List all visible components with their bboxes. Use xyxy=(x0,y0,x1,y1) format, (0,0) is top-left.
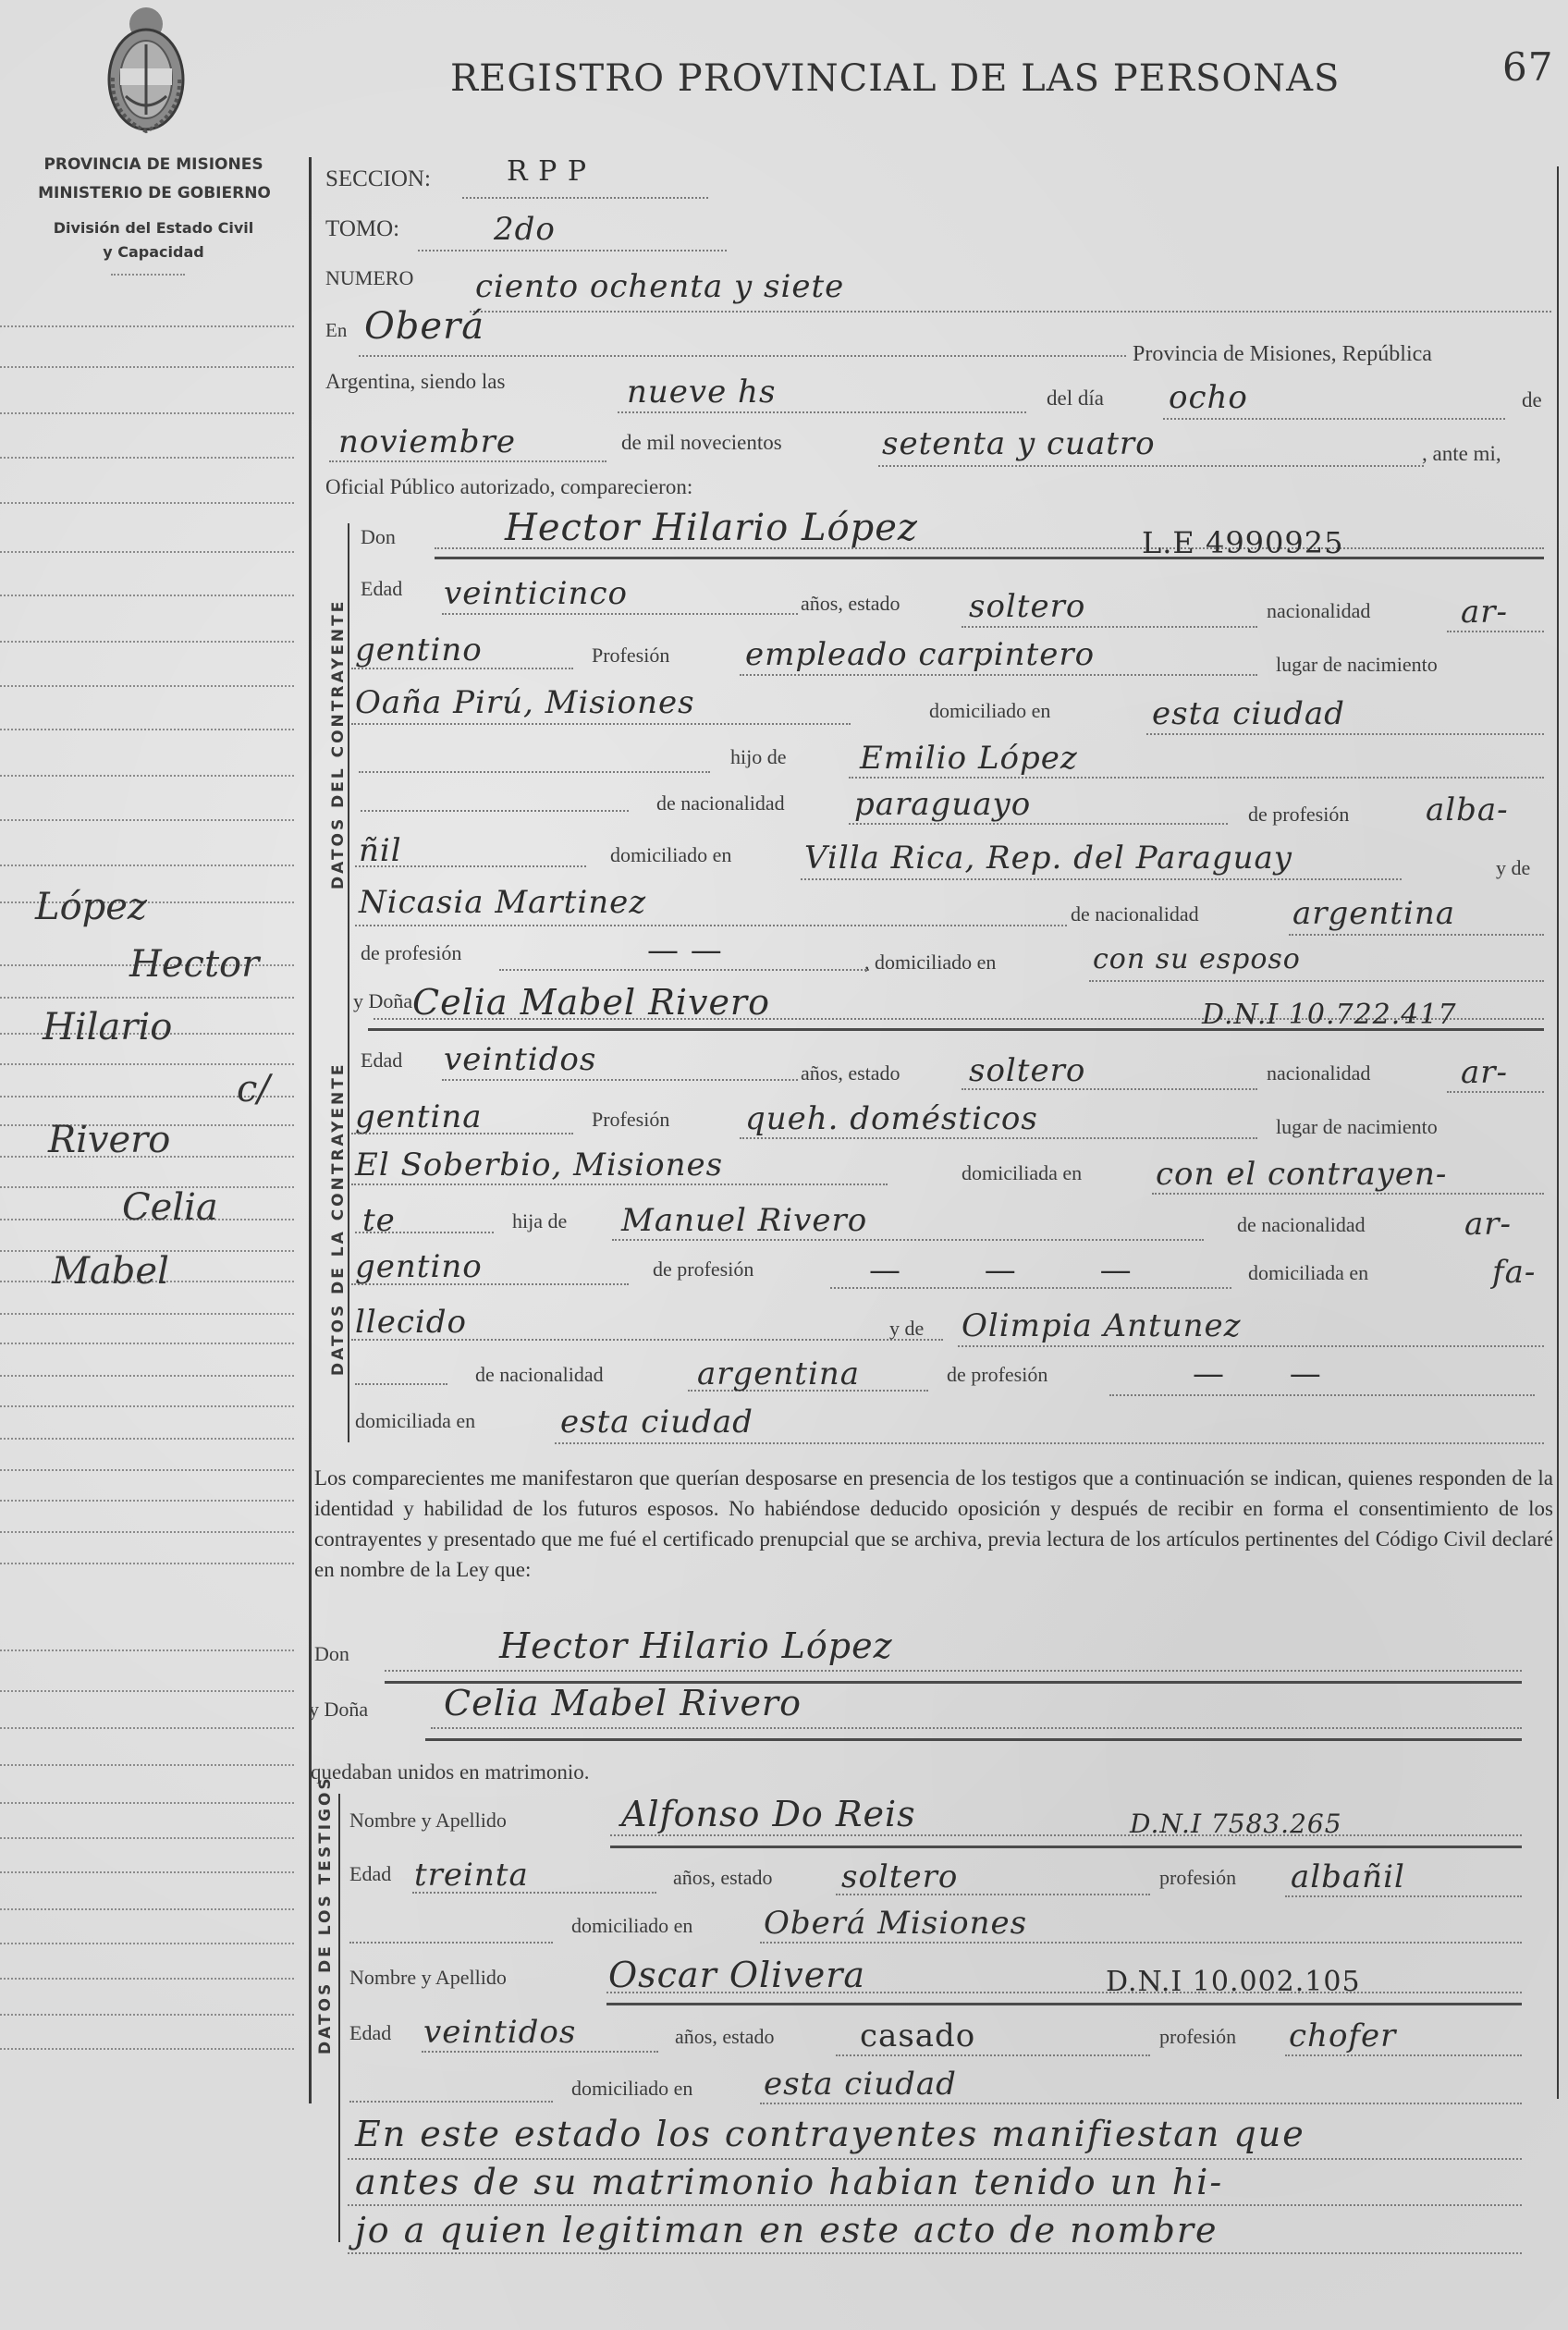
numero-line xyxy=(470,311,1551,313)
madre-line-2 xyxy=(958,1345,1544,1347)
contrayente-domicilio: esta ciudad xyxy=(1152,695,1345,732)
testigos-bracket xyxy=(338,1794,340,2242)
contrayenta-padre-nac-b: gentino xyxy=(355,1248,483,1285)
decl-don-value: Hector Hilario López xyxy=(499,1625,893,1666)
testigo1-dom-pre-line xyxy=(349,1942,553,1944)
margin-rule xyxy=(0,2014,294,2016)
margin-rule xyxy=(0,551,294,553)
padre-nac-line xyxy=(849,823,1228,825)
testigo1-nombre: Alfonso Do Reis xyxy=(621,1794,916,1834)
padre-dom-line xyxy=(801,878,1402,880)
profesion-label: Profesión xyxy=(592,644,669,668)
decl-dona-rule xyxy=(425,1738,1522,1741)
testigo2-nombre-label: Nombre y Apellido xyxy=(349,1966,507,1990)
profesion-label-2: Profesión xyxy=(592,1108,669,1132)
nacionalidad-b-line-2 xyxy=(351,1133,573,1134)
issuer-divider xyxy=(111,274,185,276)
numero-value: ciento ochenta y siete xyxy=(475,268,844,305)
testigo1-nombre-line xyxy=(610,1834,1522,1836)
contrayente-documento: L.E 4990925 xyxy=(1142,525,1343,560)
contrayente-nombre: Hector Hilario López xyxy=(505,507,918,549)
margin-rule xyxy=(0,641,294,643)
testigo2-profesion-label: profesión xyxy=(1159,2025,1236,2049)
contrayente-lugar: Oaña Pirú, Misiones xyxy=(355,684,695,721)
en-label: En xyxy=(325,319,347,342)
margin-name: Mabel xyxy=(52,1250,169,1293)
testigo2-dom-line xyxy=(760,2103,1522,2104)
edad-label: Edad xyxy=(361,577,402,601)
annotation-line xyxy=(348,2158,1522,2160)
annotation-line-2: antes de su matrimonio habian tenido un … xyxy=(355,2162,1223,2202)
margin-name: Hilario xyxy=(43,1006,172,1048)
don-rule xyxy=(435,557,1544,559)
testigo2-documento: D.N.I 10.002.105 xyxy=(1106,1966,1361,1998)
padre-prof-b-line xyxy=(355,865,586,867)
margin-rule xyxy=(0,2048,294,2050)
contrayenta-padre-nac-a: ar- xyxy=(1464,1206,1512,1243)
madre-prof-line xyxy=(499,969,869,971)
madre-prof-label-2: de profesión xyxy=(947,1363,1047,1387)
domicilio-line xyxy=(1146,733,1544,735)
margin-rule xyxy=(0,1978,294,1980)
anio-line xyxy=(878,465,1424,467)
hija-de-label: hija de xyxy=(512,1209,567,1233)
testigo1-dom-label: domiciliado en xyxy=(571,1914,692,1938)
de-label: de xyxy=(1522,388,1542,412)
margin-name: López xyxy=(35,886,147,928)
testigo2-estado-line xyxy=(836,2054,1150,2056)
testigo2-edad-line xyxy=(422,2051,658,2053)
margin-rule xyxy=(0,412,294,414)
contrayenta-profesion: queh. domésticos xyxy=(745,1100,1038,1137)
contrayente-padre: Emilio López xyxy=(860,740,1078,777)
contrayenta-domicilio-a: con el contrayen- xyxy=(1156,1156,1447,1193)
contrayenta-padre: Manuel Rivero xyxy=(621,1202,867,1239)
en-line xyxy=(359,355,1126,357)
madre-dom-label-2: domiciliada en xyxy=(355,1409,475,1433)
contrayenta-madre-nac: argentina xyxy=(697,1355,860,1392)
contrayenta-bracket xyxy=(348,987,349,1442)
testigo1-dom-line xyxy=(760,1942,1522,1944)
contrayenta-madre-dom: esta ciudad xyxy=(560,1404,753,1441)
declaration-paragraph: Los comparecientes me manifestaron que q… xyxy=(314,1463,1553,1585)
hijo-de-label: hijo de xyxy=(730,745,787,769)
anio-value: setenta y cuatro xyxy=(882,425,1156,462)
contrayenta-nacionalidad-a: ar- xyxy=(1461,1054,1508,1091)
tomo-label: TOMO: xyxy=(325,216,399,242)
testigo1-edad-label: Edad xyxy=(349,1862,391,1886)
edad-line-2 xyxy=(442,1079,798,1081)
contrayenta-documento: D.N.I 10.722.417 xyxy=(1202,999,1457,1031)
padre-dom-b-line xyxy=(351,1339,943,1341)
hora-value: nueve hs xyxy=(627,374,776,411)
margin-rule xyxy=(0,1871,294,1873)
contrayente-estado: soltero xyxy=(969,588,1085,625)
estado-line xyxy=(962,626,1257,628)
mes-value: noviembre xyxy=(338,423,516,460)
seccion-line xyxy=(462,197,708,199)
contrayenta-domicilio-b: te xyxy=(362,1202,396,1239)
testigo2-edad: veintidos xyxy=(423,2014,576,2051)
padre-dom-label: domiciliado en xyxy=(610,843,731,867)
margin-rule xyxy=(0,1500,294,1502)
y-de-label: y de xyxy=(1496,856,1530,880)
testigo2-estado-label: años, estado xyxy=(675,2025,775,2049)
lugar-label-2: lugar de nacimiento xyxy=(1276,1115,1438,1139)
margin-rule xyxy=(0,1563,294,1564)
oficial-text: Oficial Público autorizado, compareciero… xyxy=(325,475,692,499)
margin-rule xyxy=(0,595,294,596)
margin-rule xyxy=(0,1375,294,1377)
margin-rule xyxy=(0,1438,294,1440)
contrayente-madre-prof: — — xyxy=(647,932,723,969)
testigo2-profesion-line xyxy=(1285,2054,1522,2056)
testigo2-dom-label: domiciliado en xyxy=(571,2077,692,2101)
madre-nac-pre-line xyxy=(355,1383,447,1385)
margin-rule xyxy=(0,865,294,866)
testigo2-edad-label: Edad xyxy=(349,2021,391,2045)
margin-rule xyxy=(0,1837,294,1839)
testigo1-domicilio: Oberá Misiones xyxy=(764,1905,1027,1942)
testigo1-profesion-line xyxy=(1285,1895,1522,1897)
contrayente-madre: Nicasia Martinez xyxy=(359,884,646,921)
hora-line xyxy=(618,411,1026,413)
provincia-text: Provincia de Misiones, República xyxy=(1133,342,1432,367)
margin-name: Hector xyxy=(129,943,259,986)
madre-nac-label: de nacionalidad xyxy=(1071,902,1199,926)
margin-rule xyxy=(0,1649,294,1651)
madre-dom-label: , domiciliado en xyxy=(864,950,996,975)
domiciliada-label: domiciliada en xyxy=(962,1161,1082,1185)
nacionalidad-line xyxy=(1447,631,1544,632)
page-title: REGISTRO PROVINCIAL DE LAS PERSONAS xyxy=(450,57,1340,100)
profesion-line-2 xyxy=(740,1137,1257,1139)
annotation-line xyxy=(348,2252,1522,2254)
decl-don-line xyxy=(385,1670,1522,1672)
anios-estado-label-2: años, estado xyxy=(801,1061,900,1085)
profesion-line xyxy=(740,674,1257,676)
page-number: 67 xyxy=(1502,44,1553,90)
contrayenta-section-label: DATOS DE LA CONTRAYENTE xyxy=(329,1062,348,1376)
testigo1-edad: treinta xyxy=(414,1857,529,1894)
padre-nac-label-2: de nacionalidad xyxy=(1237,1213,1366,1237)
madre-line xyxy=(355,925,1067,926)
padre-prof-label-2: de profesión xyxy=(653,1257,753,1281)
margin-rule xyxy=(0,366,294,368)
margin-rule xyxy=(0,1690,294,1692)
domicilio-b-line xyxy=(355,1232,494,1233)
padre-line xyxy=(849,777,1544,779)
contrayente-padre-dom: Villa Rica, Rep. del Paraguay xyxy=(804,840,1292,877)
margin-rule xyxy=(0,1469,294,1471)
dona-label: y Doña xyxy=(353,989,412,1013)
seccion-value: R P P xyxy=(507,155,587,188)
contrayenta-padre-dom-b: llecido xyxy=(355,1304,467,1341)
numero-label: NUMERO xyxy=(325,266,413,290)
decl-dona-label: y Doña xyxy=(309,1698,368,1722)
margin-name: Rivero xyxy=(48,1119,170,1161)
contrayente-edad: veinticinco xyxy=(444,575,628,612)
madre-prof-line-2 xyxy=(1109,1394,1535,1396)
contrayente-padre-prof-a: alba- xyxy=(1426,791,1509,828)
page-divider xyxy=(309,157,312,2103)
contrayente-madre-dom: con su esposo xyxy=(1093,943,1301,975)
issuer-division: División del Estado Civil xyxy=(17,219,290,237)
testigo2-domicilio: esta ciudad xyxy=(764,2066,957,2103)
del-dia-label: del día xyxy=(1047,386,1104,411)
en-value: Oberá xyxy=(364,305,484,348)
madre-dom-line-2 xyxy=(555,1442,1544,1444)
contrayenta-nombre: Celia Mabel Rivero xyxy=(412,982,770,1023)
y-de-label-2: y de xyxy=(889,1317,924,1341)
contrayente-section-label: DATOS DEL CONTRAYENTE xyxy=(329,599,348,889)
margin-rule xyxy=(0,1531,294,1533)
dia-value: ocho xyxy=(1169,379,1248,416)
padre-nac-b-line xyxy=(351,1283,629,1285)
contrayente-padre-prof-b: ñil xyxy=(359,832,402,869)
contrayenta-nacionalidad-b: gentina xyxy=(355,1098,483,1135)
testigo1-nombre-rule xyxy=(610,1846,1522,1848)
right-border xyxy=(1557,166,1559,2099)
testigo1-documento: D.N.I 7583.265 xyxy=(1130,1809,1342,1839)
decl-dona-line xyxy=(431,1727,1522,1729)
padre-nac-label: de nacionalidad xyxy=(656,791,785,815)
padre-line-2 xyxy=(612,1239,1204,1241)
margin-rule xyxy=(0,819,294,821)
nacionalidad-label: nacionalidad xyxy=(1267,599,1370,623)
seccion-label: SECCION: xyxy=(325,166,431,192)
issuer-ministry: MINISTERIO DE GOBIERNO xyxy=(11,184,298,202)
testigo2-profesion: chofer xyxy=(1289,2017,1396,2054)
don-label: Don xyxy=(361,525,396,549)
decl-dona-value: Celia Mabel Rivero xyxy=(444,1683,802,1723)
margin-rule xyxy=(0,1764,294,1766)
decl-closing: quedaban unidos en matrimonio. xyxy=(311,1760,590,1784)
contrayente-nacionalidad-a: ar- xyxy=(1461,594,1508,631)
margin-rule xyxy=(0,1908,294,1910)
madre-nac-label-2: de nacionalidad xyxy=(475,1363,604,1387)
contrayente-nacionalidad-b: gentino xyxy=(355,632,483,668)
testigo1-nombre-label: Nombre y Apellido xyxy=(349,1809,507,1833)
anios-estado-label: años, estado xyxy=(801,592,900,616)
margin-rule xyxy=(0,1943,294,1944)
testigo1-profesion: albañil xyxy=(1291,1858,1405,1895)
margin-rule xyxy=(0,729,294,730)
hijo-de-pre-line xyxy=(359,771,710,773)
contrayente-bracket xyxy=(348,523,349,987)
margin-rule xyxy=(0,685,294,687)
margin-rule xyxy=(0,1405,294,1407)
coat-of-arms-icon xyxy=(104,4,189,135)
margin-rule xyxy=(0,502,294,504)
margin-rule xyxy=(0,1343,294,1344)
contrayenta-madre: Olimpia Antunez xyxy=(962,1307,1242,1344)
contrayenta-madre-prof: — — xyxy=(1193,1355,1349,1392)
margin-rule xyxy=(0,457,294,459)
issuer-province: PROVINCIA DE MISIONES xyxy=(17,155,290,174)
mes-line xyxy=(329,460,606,462)
lugar-label: lugar de nacimiento xyxy=(1276,653,1438,677)
lugar-line-2 xyxy=(351,1183,888,1185)
margin-rule xyxy=(0,1727,294,1729)
padre-prof-label: de profesión xyxy=(1248,803,1349,827)
testigo1-profesion-label: profesión xyxy=(1159,1866,1236,1890)
edad-label-2: Edad xyxy=(361,1048,402,1073)
annotation-line-1: En este estado los contrayentes manifies… xyxy=(355,2114,1305,2154)
argentina-text: Argentina, siendo las xyxy=(325,370,505,394)
margin-rule xyxy=(0,775,294,777)
madre-nac-line xyxy=(1289,934,1544,936)
contrayente-profesion: empleado carpintero xyxy=(745,636,1095,673)
annotation-line-3: jo a quien legitiman en este acto de nom… xyxy=(355,2210,1219,2250)
nacionalidad-line-2 xyxy=(1447,1091,1544,1093)
testigo2-nombre-rule xyxy=(606,2003,1522,2005)
dia-line xyxy=(1163,418,1505,420)
contrayenta-lugar: El Soberbio, Misiones xyxy=(355,1147,723,1183)
margin-name: c/ xyxy=(237,1068,270,1110)
decl-don-label: Don xyxy=(314,1642,349,1666)
margin-name: Celia xyxy=(122,1186,218,1229)
nacionalidad-b-line xyxy=(351,668,573,669)
testigo2-estado: casado xyxy=(860,2017,975,2054)
ante-mi-label: , ante mi, xyxy=(1422,442,1501,466)
madre-dom-line xyxy=(1089,980,1544,982)
tomo-line xyxy=(418,250,727,251)
domicilio-line-2 xyxy=(1152,1193,1544,1195)
margin-rule xyxy=(0,997,294,999)
testigo2-dom-pre-line xyxy=(349,2101,553,2103)
madre-prof-label: de profesión xyxy=(361,941,461,965)
edad-line xyxy=(442,613,798,615)
contrayenta-padre-dom-a: fa- xyxy=(1492,1254,1536,1291)
tomo-value: 2do xyxy=(494,211,556,248)
contrayenta-estado: soltero xyxy=(969,1052,1085,1089)
lugar-line xyxy=(351,723,851,725)
contrayente-padre-nac: paraguayo xyxy=(854,786,1031,823)
padre-nac-pre-line xyxy=(361,810,629,812)
contrayenta-edad: veintidos xyxy=(444,1041,596,1078)
annotation-line xyxy=(348,2204,1522,2206)
testigo2-nombre: Oscar Olivera xyxy=(608,1955,865,1995)
testigos-section-label: DATOS DE LOS TESTIGOS xyxy=(316,1775,335,2054)
padre-dom-label-2: domiciliada en xyxy=(1248,1261,1368,1285)
testigo1-estado: soltero xyxy=(841,1858,958,1895)
margin-rule xyxy=(0,1313,294,1315)
contrayente-madre-nac: argentina xyxy=(1292,895,1455,932)
contrayenta-padre-prof: — — — xyxy=(869,1252,1169,1289)
testigo1-estado-label: años, estado xyxy=(673,1866,773,1890)
de-mil-label: de mil novecientos xyxy=(621,431,782,455)
nacionalidad-label-2: nacionalidad xyxy=(1267,1061,1370,1085)
domiciliado-label: domiciliado en xyxy=(929,699,1050,723)
margin-rule xyxy=(0,325,294,327)
margin-rule xyxy=(0,1802,294,1804)
margin-rule xyxy=(0,1063,294,1065)
issuer-division-2: y Capacidad xyxy=(17,243,290,261)
